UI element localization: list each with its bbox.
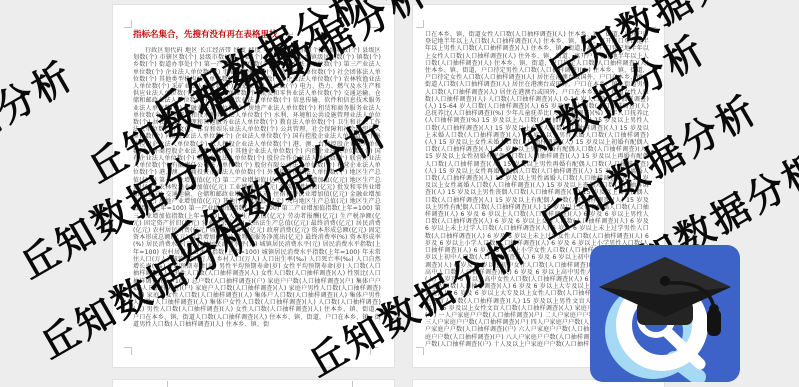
page-title-line: 指标名集合，先搜有没有再在表格里找。↵: [133, 29, 394, 41]
margin-mark: [648, 20, 656, 28]
document-canvas: 指标名集合，先搜有没有再在表格里找。↵ 行政区划代码 地区 长江经济带 经度 纬…: [0, 0, 799, 387]
margin-mark: [352, 381, 360, 387]
page-1[interactable]: 指标名集合，先搜有没有再在表格里找。↵ 行政区划代码 地区 长江经济带 经度 纬…: [112, 4, 395, 368]
margin-mark: [416, 20, 424, 28]
app-logo: [590, 245, 740, 382]
page-1-body: 行政区划代码 地区 长江经济带 经度 纬度 年份 地级区划数(个) 地级市数(个…: [133, 47, 381, 331]
margin-mark: [370, 347, 378, 355]
page-title: 指标名集合，先搜有没有再在表格里找。: [133, 30, 286, 40]
margin-mark: [160, 381, 168, 387]
paragraph-mark: ↵: [288, 31, 294, 39]
margin-mark: [124, 347, 132, 355]
margin-mark: [124, 20, 132, 28]
margin-mark: [370, 20, 378, 28]
watermark-text: 丘知数据分析: [0, 45, 83, 216]
margin-mark: [416, 347, 424, 355]
